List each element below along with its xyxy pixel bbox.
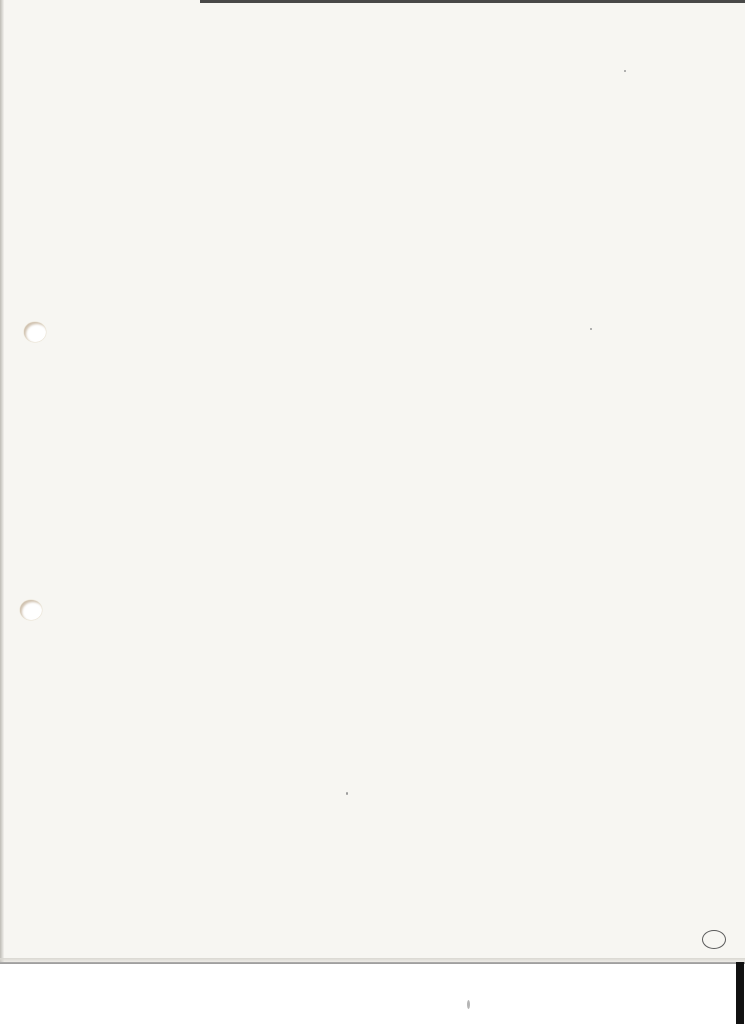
speck (590, 328, 592, 330)
date-stamp (636, 35, 640, 55)
torn-page-edge (0, 958, 745, 964)
punch-hole-bottom (20, 600, 42, 620)
page-number-marker (702, 930, 726, 949)
speck (346, 792, 348, 795)
punch-hole-top (24, 322, 46, 342)
speck (467, 1000, 470, 1009)
scan-edge-band (200, 0, 745, 3)
scanned-page (0, 0, 745, 962)
speck (624, 70, 626, 72)
scan-border-bar (736, 962, 744, 1024)
